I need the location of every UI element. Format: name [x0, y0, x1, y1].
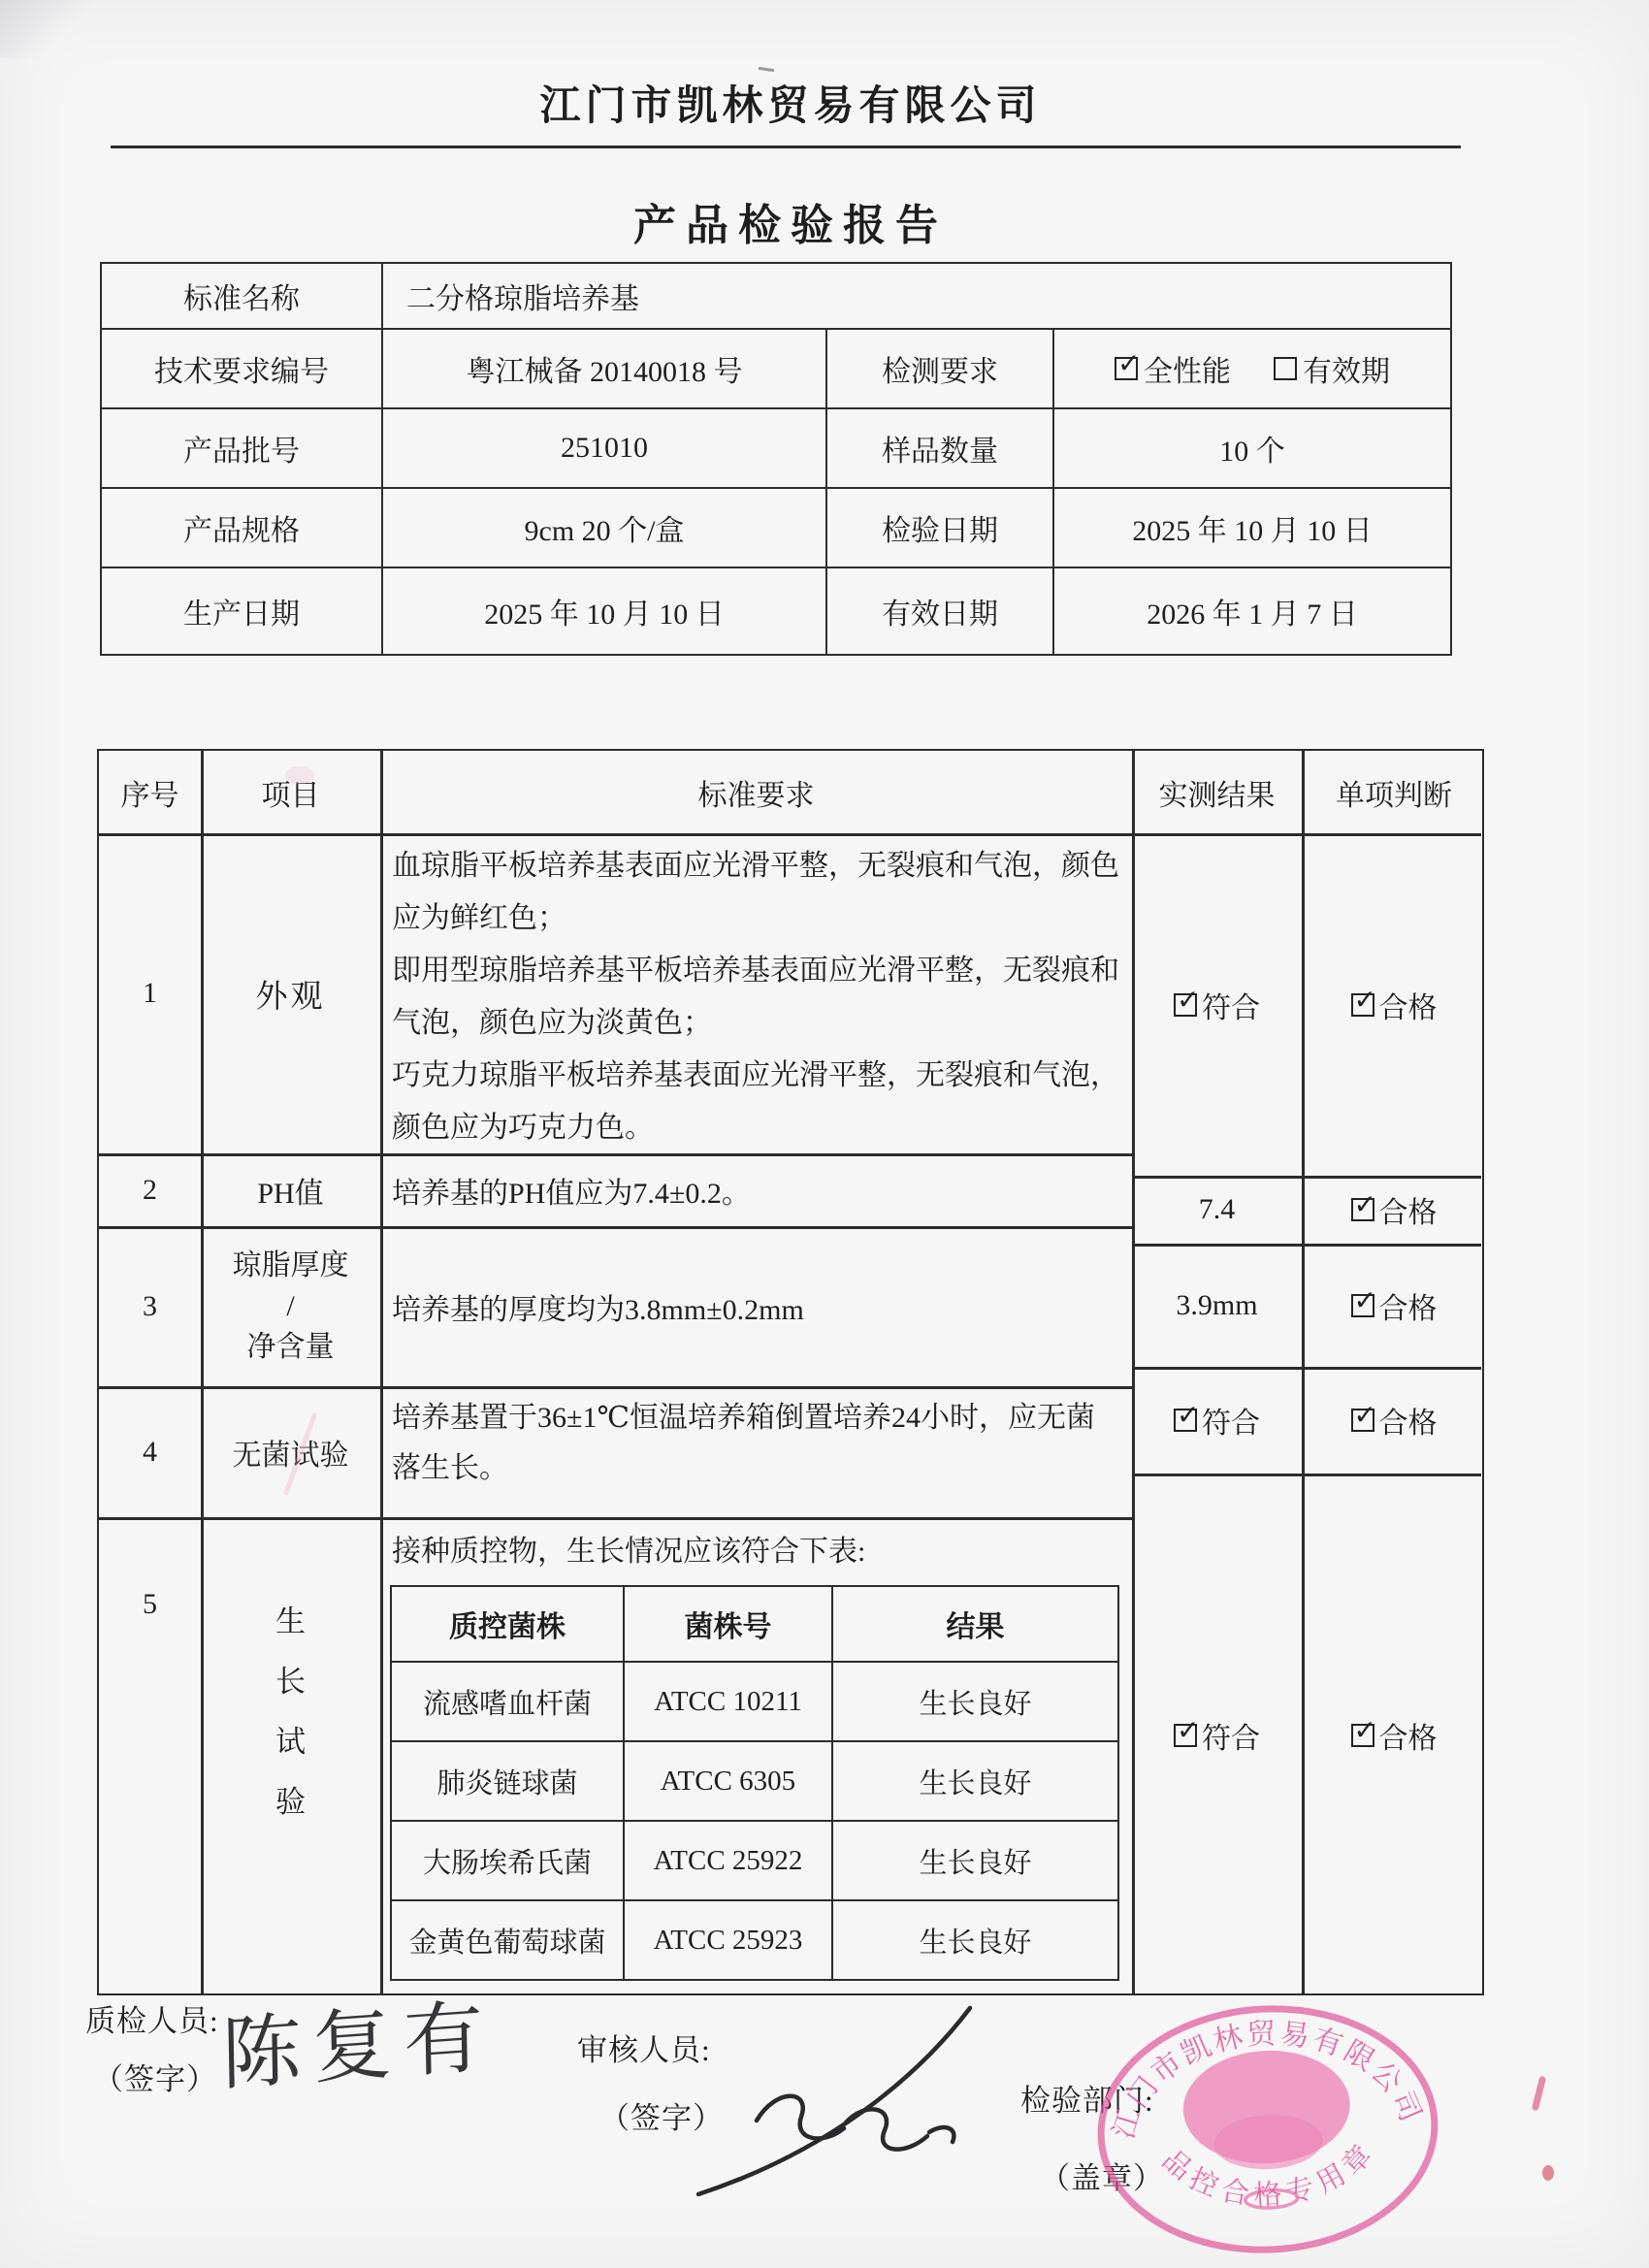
- result-table: 序号 项目 标准要求 实测结果 单项判断 1 2 3 4 5 外观 PH值 琼脂…: [97, 749, 1484, 1995]
- judgment-label: 合格: [1379, 1714, 1438, 1757]
- item-agar-thickness: 琼脂厚度 / 净含量: [201, 1226, 380, 1386]
- judgment-label: 合格: [1379, 984, 1438, 1026]
- growth-header-strain: 质控菌株: [391, 1586, 624, 1662]
- info-value-spec: 9cm 20 个/盒: [382, 488, 826, 567]
- checkbox-label-validity: 有效期: [1303, 347, 1390, 390]
- standard-ph: 培养基的PH值应为7.4±0.2。: [392, 1153, 1121, 1226]
- checkbox-checked-icon: ✓: [1115, 357, 1138, 380]
- info-value-test-requirement: ✓ 全性能 有效期: [1053, 329, 1451, 408]
- checkbox-unchecked-icon: [1274, 357, 1297, 380]
- standard-appearance: 血琼脂平板培养基表面应光滑平整，无裂痕和气泡，颜色应为鲜红色； 即用型琼脂培养基…: [392, 840, 1121, 1154]
- scan-corner-shade: [0, 0, 107, 58]
- checkbox-checked-icon: ✓: [1174, 993, 1197, 1017]
- judgment-appearance: ✓ 合格: [1302, 833, 1486, 1176]
- item-growth-test-text: 生长试验: [274, 1592, 308, 1832]
- row-no: 5: [99, 1575, 201, 1634]
- checkbox-checked-icon: ✓: [1351, 1409, 1374, 1432]
- info-label-standard-name: 标准名称: [101, 263, 382, 329]
- header-item: 项目: [201, 751, 380, 833]
- info-value-standard-name: 二分格琼脂培养基: [382, 263, 1451, 329]
- growth-strain-no: ATCC 6305: [624, 1741, 832, 1821]
- item-agar-thickness-line1: 琼脂厚度: [233, 1246, 349, 1286]
- inspector-label: 质检人员:: [85, 1996, 219, 2040]
- info-row-production-date: 生产日期 2025 年 10 月 10 日 有效日期 2026 年 1 月 7 …: [101, 567, 1451, 655]
- company-name: 江门市凯林贸易有限公司: [97, 74, 1484, 132]
- checkbox-checked-icon: ✓: [1351, 1198, 1374, 1221]
- scan-artifact-red-dot: [1542, 2165, 1554, 2181]
- item-ph: PH值: [201, 1153, 380, 1226]
- growth-strain-no: ATCC 25922: [624, 1821, 832, 1900]
- growth-strain: 流感嗜血杆菌: [391, 1662, 624, 1741]
- growth-strain: 金黄色葡萄球菌: [391, 1900, 624, 1980]
- item-sterility-test: 无菌试验: [201, 1386, 380, 1517]
- judgment-sterility: ✓ 合格: [1302, 1367, 1486, 1474]
- measured-label: 符合: [1202, 984, 1260, 1026]
- judgment-growth: ✓ 合格: [1302, 1474, 1486, 1997]
- growth-result: 生长良好: [832, 1821, 1118, 1900]
- growth-header-row: 质控菌株 菌株号 结果: [391, 1586, 1118, 1662]
- row-no: 4: [99, 1386, 201, 1517]
- growth-result: 生长良好: [832, 1900, 1118, 1980]
- judgment-ph: ✓ 合格: [1302, 1176, 1486, 1244]
- standard-appearance-p3: 巧克力琼脂平板培养基表面应光滑平整，无裂痕和气泡，颜色应为巧克力色。: [392, 1050, 1121, 1154]
- info-value-test-date: 2025 年 10 月 10 日: [1053, 488, 1451, 567]
- checkbox-group-validity: 有效期: [1274, 347, 1390, 390]
- checkbox-group-full-performance: ✓ 全性能: [1115, 347, 1231, 390]
- info-value-tech-requirement: 粤江械备 20140018 号: [382, 329, 826, 408]
- growth-row: 肺炎链球菌 ATCC 6305 生长良好: [391, 1741, 1118, 1821]
- info-label-production-date: 生产日期: [101, 567, 382, 655]
- info-row-spec: 产品规格 9cm 20 个/盒 检验日期 2025 年 10 月 10 日: [101, 488, 1451, 567]
- grid-line: [99, 1517, 1132, 1520]
- judgment-label: 合格: [1379, 1284, 1438, 1327]
- standard-sterility: 培养基置于36±1℃恒温培养箱倒置培养24小时，应无菌落生长。: [392, 1393, 1121, 1494]
- checkbox-checked-icon: ✓: [1174, 1724, 1197, 1747]
- scan-artifact-red-streak: [1532, 2076, 1547, 2112]
- judgment-label: 合格: [1379, 1399, 1438, 1442]
- grid-line: [380, 751, 383, 1993]
- measured-label: 符合: [1202, 1399, 1260, 1442]
- growth-strain: 肺炎链球菌: [391, 1741, 624, 1821]
- item-appearance: 外观: [201, 833, 380, 1153]
- info-label-tech-requirement: 技术要求编号: [101, 329, 382, 408]
- info-label-test-date: 检验日期: [826, 488, 1053, 567]
- company-stamp: 江门市凯林贸易有限公司 品控合格专用章: [1088, 1998, 1447, 2260]
- header-measured: 实测结果: [1132, 751, 1302, 833]
- checkbox-label-full-performance: 全性能: [1144, 347, 1231, 390]
- info-value-sample-qty: 10 个: [1053, 408, 1451, 488]
- info-label-test-requirement: 检测要求: [826, 329, 1053, 408]
- growth-test-intro: 接种质控物，生长情况应该符合下表:: [392, 1524, 1121, 1572]
- growth-strain-no: ATCC 10211: [624, 1662, 832, 1741]
- info-label-sample-qty: 样品数量: [826, 408, 1053, 488]
- growth-strain-no: ATCC 25923: [624, 1900, 832, 1980]
- row-no: 2: [99, 1153, 201, 1226]
- growth-result: 生长良好: [832, 1741, 1118, 1821]
- measured-growth: ✓ 符合: [1132, 1474, 1302, 1997]
- header-no: 序号: [99, 751, 201, 833]
- info-row-batch: 产品批号 251010 样品数量 10 个: [101, 408, 1451, 488]
- checkbox-checked-icon: ✓: [1174, 1409, 1197, 1432]
- growth-header-strain-no: 菌株号: [624, 1586, 832, 1662]
- info-label-expiry-date: 有效日期: [826, 567, 1053, 655]
- standard-thickness: 培养基的厚度均为3.8mm±0.2mm: [392, 1226, 1121, 1386]
- report-page: 江门市凯林贸易有限公司 产品检验报告 标准名称 二分格琼脂培养基 技术要求编号 …: [0, 0, 1649, 2268]
- growth-strain: 大肠埃希氏菌: [391, 1821, 624, 1900]
- growth-header-result: 结果: [832, 1586, 1118, 1662]
- growth-row: 大肠埃希氏菌 ATCC 25922 生长良好: [391, 1821, 1118, 1900]
- reviewer-signature-scribble: [679, 2004, 1009, 2198]
- scan-artifact-pink-smudge: [285, 766, 314, 784]
- info-label-spec: 产品规格: [101, 488, 382, 567]
- info-label-batch: 产品批号: [101, 408, 382, 488]
- scan-artifact-dash: [759, 67, 774, 72]
- checkbox-checked-icon: ✓: [1351, 1294, 1374, 1317]
- measured-appearance: ✓ 符合: [1132, 833, 1302, 1176]
- header-standard: 标准要求: [380, 751, 1132, 833]
- measured-ph: 7.4: [1132, 1176, 1302, 1244]
- judgment-label: 合格: [1379, 1188, 1438, 1231]
- checkbox-checked-icon: ✓: [1351, 1724, 1374, 1747]
- standard-appearance-p2: 即用型琼脂培养基平板培养基表面应光滑平整，无裂痕和气泡，颜色应为淡黄色；: [392, 945, 1121, 1050]
- item-growth-test: 生长试验: [201, 1591, 380, 1833]
- standard-appearance-p1: 血琼脂平板培养基表面应光滑平整，无裂痕和气泡，颜色应为鲜红色；: [392, 840, 1121, 945]
- growth-table: 质控菌株 菌株号 结果 流感嗜血杆菌 ATCC 10211 生长良好 肺炎链球菌…: [390, 1585, 1119, 1981]
- item-agar-thickness-line2: /: [233, 1286, 349, 1327]
- report-title: 产品检验报告: [97, 190, 1484, 252]
- growth-result: 生长良好: [832, 1662, 1118, 1741]
- row-no: 1: [99, 833, 201, 1153]
- header-rule: [111, 146, 1461, 148]
- inspector-sign-label: （签字）: [93, 2055, 217, 2098]
- header-judgment: 单项判断: [1302, 751, 1486, 833]
- info-value-production-date: 2025 年 10 月 10 日: [382, 567, 826, 655]
- info-value-batch: 251010: [382, 408, 826, 488]
- growth-row: 金黄色葡萄球菌 ATCC 25923 生长良好: [391, 1900, 1118, 1980]
- measured-label: 符合: [1202, 1714, 1260, 1757]
- row-no: 3: [99, 1226, 201, 1386]
- measured-thickness: 3.9mm: [1132, 1244, 1302, 1367]
- growth-row: 流感嗜血杆菌 ATCC 10211 生长良好: [391, 1662, 1118, 1741]
- judgment-thickness: ✓ 合格: [1302, 1244, 1486, 1367]
- info-row-standard-name: 标准名称 二分格琼脂培养基: [101, 263, 1451, 329]
- measured-sterility: ✓ 符合: [1132, 1367, 1302, 1474]
- info-row-tech-requirement: 技术要求编号 粤江械备 20140018 号 检测要求 ✓ 全性能 有效期: [101, 329, 1451, 408]
- item-agar-thickness-line3: 净含量: [233, 1327, 349, 1368]
- checkbox-checked-icon: ✓: [1351, 993, 1374, 1017]
- info-table: 标准名称 二分格琼脂培养基 技术要求编号 粤江械备 20140018 号 检测要…: [100, 262, 1452, 656]
- inspector-signature: 陈复有: [220, 1973, 495, 2106]
- info-value-expiry-date: 2026 年 1 月 7 日: [1053, 567, 1451, 655]
